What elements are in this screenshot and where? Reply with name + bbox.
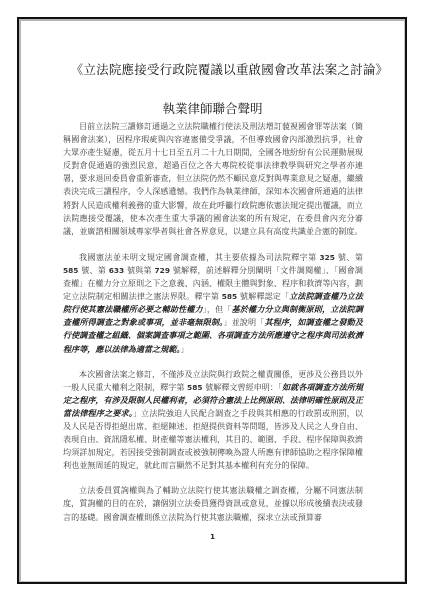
text-segment: 立法委員質詢權與為了輔助立法院行使其憲法職權之調查權，分屬不同憲法制度，質詢權的… — [63, 485, 363, 521]
document-subtitle: 執業律師聯合聲明 — [0, 99, 425, 117]
text-segment: 目前立法院三讀修訂通過之立法院職權行使法及刑法增訂藐視國會罪等法案（簡稱國會法案… — [63, 121, 363, 236]
document-title: 《立法院應接受行政院覆議以重啟國會改革法案之討論》 — [17, 60, 425, 78]
text-segment: 我國憲法並未明文規定國會調查權，其主要依據為司法院釋字第 — [79, 252, 317, 262]
interpretation-number: 585 — [184, 383, 205, 392]
text-segment: 號、第 — [81, 265, 106, 275]
text-segment: 號與第 — [127, 265, 152, 275]
interpretation-number: 325 — [317, 253, 338, 262]
paragraph-3: 本次國會法案之修訂，不僅涉及立法院與行政院之權責關係，更涉及公務員以外一般人民重… — [63, 368, 363, 473]
text-segment: 」並說明「 — [223, 317, 264, 327]
page-number: 1 — [0, 533, 425, 541]
interpretation-number: 585 — [63, 266, 81, 275]
text-segment: 」 — [180, 344, 188, 354]
interpretation-number: 585 — [219, 292, 240, 301]
text-segment: 號解釋認定「 — [240, 291, 289, 301]
text-segment: 號、第 — [338, 252, 363, 262]
document-body: 目前立法院三讀修訂通過之立法院職權行使法及刑法增訂藐視國會罪等法案（簡稱國會法案… — [63, 120, 363, 536]
paragraph-1: 目前立法院三讀修訂通過之立法院職權行使法及刑法增訂藐視國會罪等法案（簡稱國會法案… — [63, 120, 363, 238]
interpretation-number: 633 — [106, 266, 127, 275]
text-segment: 」，但「 — [203, 304, 232, 314]
text-segment: 號解釋文曾經申明：「 — [205, 382, 282, 392]
paragraph-4: 立法委員質詢權與為了輔助立法院行使其憲法職權之調查權，分屬不同憲法制度，質詢權的… — [63, 484, 363, 523]
interpretation-number: 729 — [152, 266, 173, 275]
paragraph-2: 我國憲法並未明文規定國會調查權，其主要依據為司法院釋字第 325 號、第 585… — [63, 251, 363, 356]
